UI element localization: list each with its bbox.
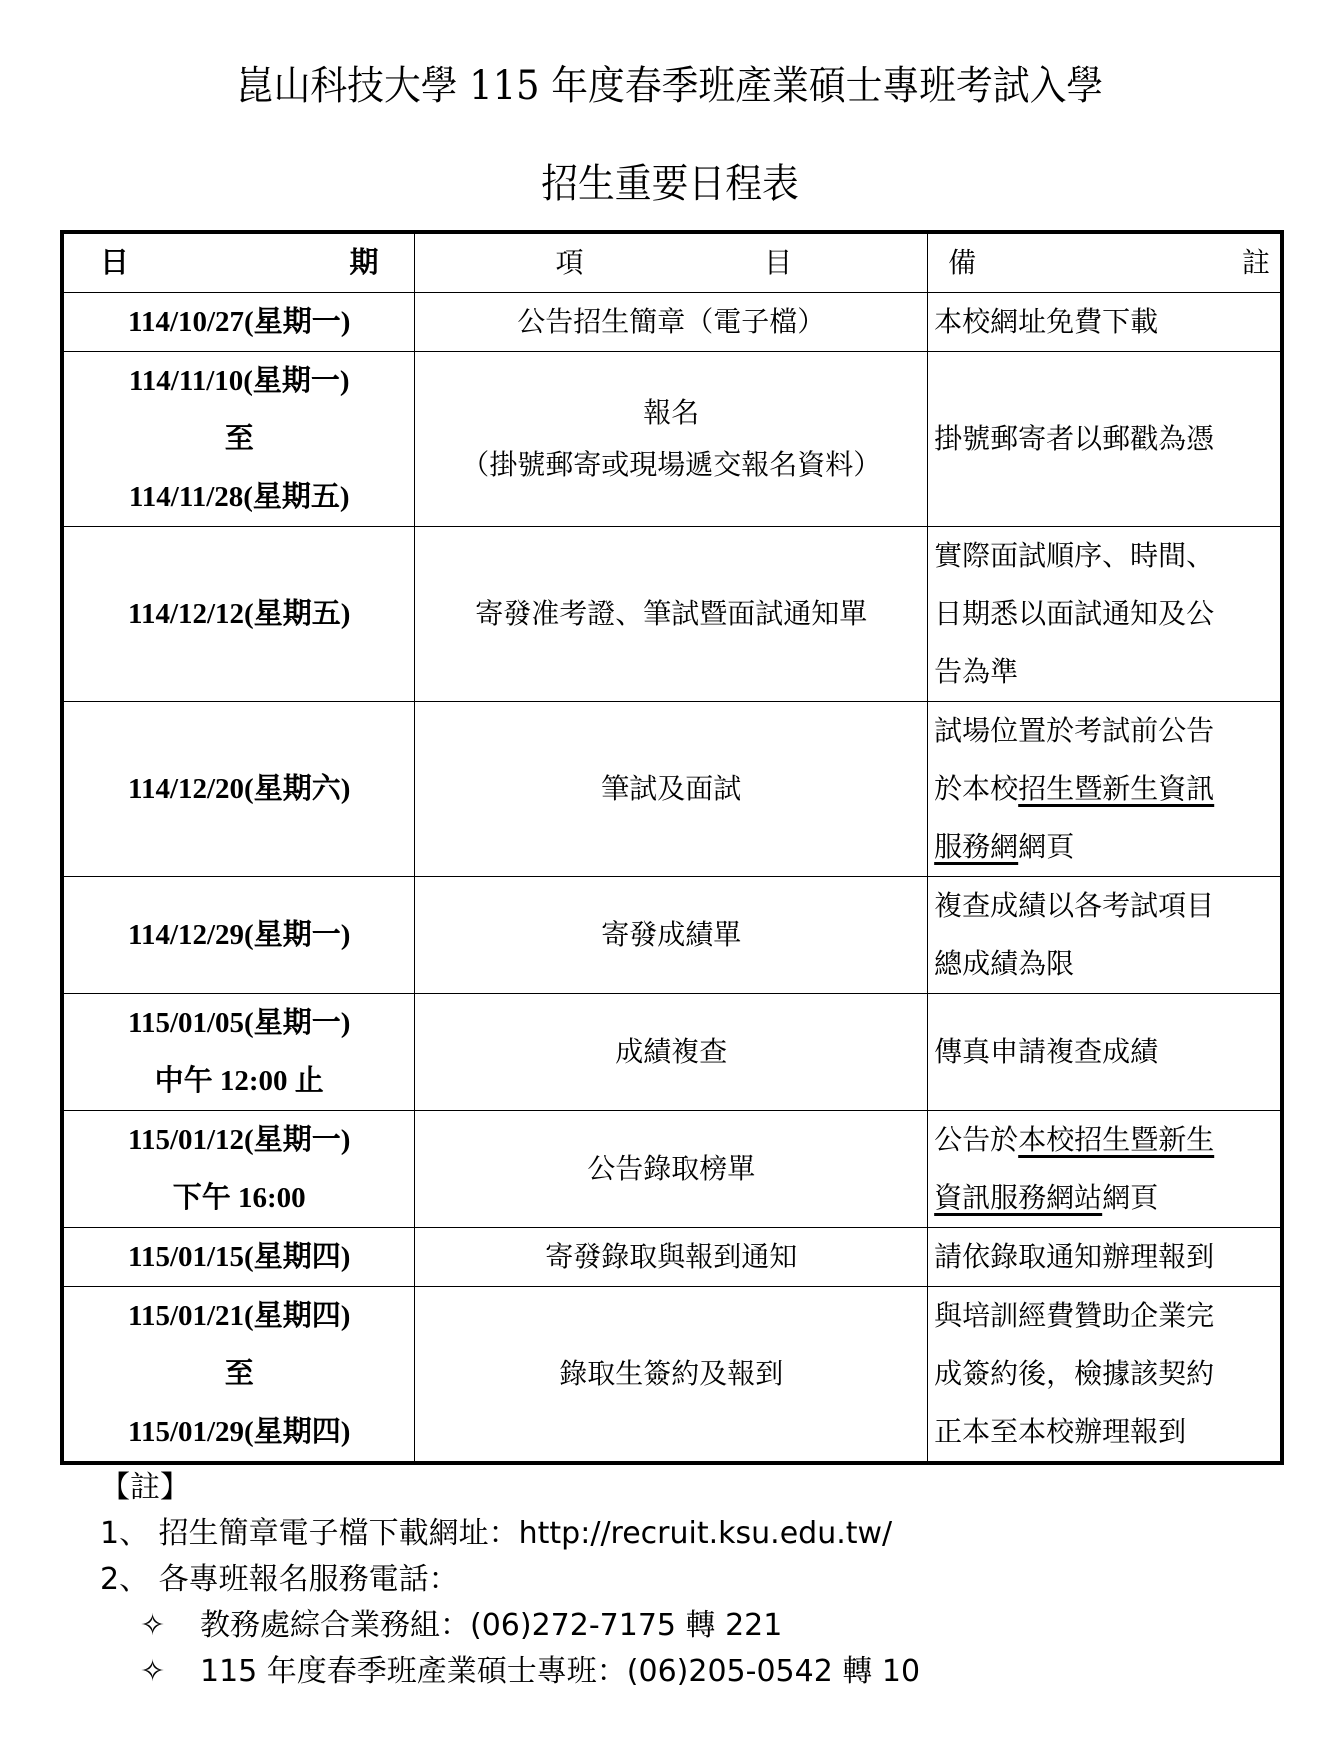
cell-item: 公告招生簡章（電子檔） xyxy=(415,293,928,352)
cell-note: 實際面試順序、時間、日期悉以面試通知及公告為準 xyxy=(928,527,1282,702)
cell-item: 寄發成績單 xyxy=(415,877,928,994)
cell-note: 掛號郵寄者以郵戳為憑 xyxy=(928,352,1282,527)
document-title: 崑山科技大學 115 年度春季班產業碩士專班考試入學 xyxy=(54,54,1287,111)
cell-date: 114/10/27(星期一) xyxy=(62,293,415,352)
cell-date: 115/01/15(星期四) xyxy=(62,1228,415,1287)
admissions-site-link[interactable]: 招生暨新生資訊 xyxy=(1018,772,1214,805)
notes-section: 【註】 1、 招生簡章電子檔下載網址：http://recruit.ksu.ed… xyxy=(100,1465,920,1695)
cell-date: 115/01/21(星期四)至115/01/29(星期四) xyxy=(62,1287,415,1464)
header-item: 項目 xyxy=(415,232,928,293)
note-item-1: 1、 招生簡章電子檔下載網址：http://recruit.ksu.edu.tw… xyxy=(100,1511,920,1557)
diamond-bullet-icon: ✧ xyxy=(140,1603,200,1649)
schedule-table: 日期 項目 備註 114/10/27(星期一)公告招生簡章（電子檔）本校網址免費… xyxy=(60,230,1284,1465)
cell-date: 114/12/20(星期六) xyxy=(62,702,415,877)
cell-note: 傳真申請複查成績 xyxy=(928,994,1282,1111)
diamond-bullet-icon: ✧ xyxy=(140,1649,200,1695)
contact-item: ✧教務處綜合業務組：(06)272-7175 轉 221 xyxy=(100,1603,920,1649)
cell-item: 筆試及面試 xyxy=(415,702,928,877)
cell-item: 報名（掛號郵寄或現場遞交報名資料） xyxy=(415,352,928,527)
header-note: 備註 xyxy=(928,232,1282,293)
table-row: 114/10/27(星期一)公告招生簡章（電子檔）本校網址免費下載 xyxy=(62,293,1282,352)
brochure-url-link[interactable]: http://recruit.ksu.edu.tw/ xyxy=(519,1516,893,1551)
table-row: 114/12/29(星期一)寄發成績單複查成績以各考試項目總成績為限 xyxy=(62,877,1282,994)
header-date: 日期 xyxy=(62,232,415,293)
table-row: 114/12/20(星期六)筆試及面試試場位置於考試前公告於本校招生暨新生資訊服… xyxy=(62,702,1282,877)
cell-note: 本校網址免費下載 xyxy=(928,293,1282,352)
cell-item: 寄發准考證、筆試暨面試通知單 xyxy=(415,527,928,702)
table-header-row: 日期 項目 備註 xyxy=(62,232,1282,293)
note-item-2: 2、 各專班報名服務電話： xyxy=(100,1557,920,1603)
notes-heading: 【註】 xyxy=(100,1465,920,1511)
cell-item: 成績複查 xyxy=(415,994,928,1111)
admissions-site-link[interactable]: 本校招生暨新生 xyxy=(1018,1123,1214,1156)
table-row: 114/12/12(星期五)寄發准考證、筆試暨面試通知單實際面試順序、時間、日期… xyxy=(62,527,1282,702)
cell-item: 寄發錄取與報到通知 xyxy=(415,1228,928,1287)
cell-item: 錄取生簽約及報到 xyxy=(415,1287,928,1464)
cell-note: 請依錄取通知辦理報到 xyxy=(928,1228,1282,1287)
table-row: 114/11/10(星期一)至114/11/28(星期五)報名（掛號郵寄或現場遞… xyxy=(62,352,1282,527)
table-row: 115/01/12(星期一)下午 16:00公告錄取榜單公告於本校招生暨新生資訊… xyxy=(62,1111,1282,1228)
cell-item: 公告錄取榜單 xyxy=(415,1111,928,1228)
cell-date: 114/12/29(星期一) xyxy=(62,877,415,994)
cell-date: 114/11/10(星期一)至114/11/28(星期五) xyxy=(62,352,415,527)
document-subtitle: 招生重要日程表 xyxy=(54,152,1287,209)
cell-date: 115/01/12(星期一)下午 16:00 xyxy=(62,1111,415,1228)
contact-item: ✧115 年度春季班產業碩士專班：(06)205-0542 轉 10 xyxy=(100,1649,920,1695)
table-row: 115/01/05(星期一)中午 12:00 止成績複查傳真申請複查成績 xyxy=(62,994,1282,1111)
cell-date: 114/12/12(星期五) xyxy=(62,527,415,702)
admissions-site-link[interactable]: 服務網 xyxy=(934,830,1018,863)
cell-note: 複查成績以各考試項目總成績為限 xyxy=(928,877,1282,994)
admissions-site-link[interactable]: 資訊服務網站 xyxy=(934,1181,1102,1214)
cell-date: 115/01/05(星期一)中午 12:00 止 xyxy=(62,994,415,1111)
cell-note: 試場位置於考試前公告於本校招生暨新生資訊服務網網頁 xyxy=(928,702,1282,877)
cell-note: 公告於本校招生暨新生資訊服務網站網頁 xyxy=(928,1111,1282,1228)
table-row: 115/01/15(星期四)寄發錄取與報到通知請依錄取通知辦理報到 xyxy=(62,1228,1282,1287)
cell-note: 與培訓經費贊助企業完成簽約後，檢據該契約正本至本校辦理報到 xyxy=(928,1287,1282,1464)
table-row: 115/01/21(星期四)至115/01/29(星期四)錄取生簽約及報到與培訓… xyxy=(62,1287,1282,1464)
